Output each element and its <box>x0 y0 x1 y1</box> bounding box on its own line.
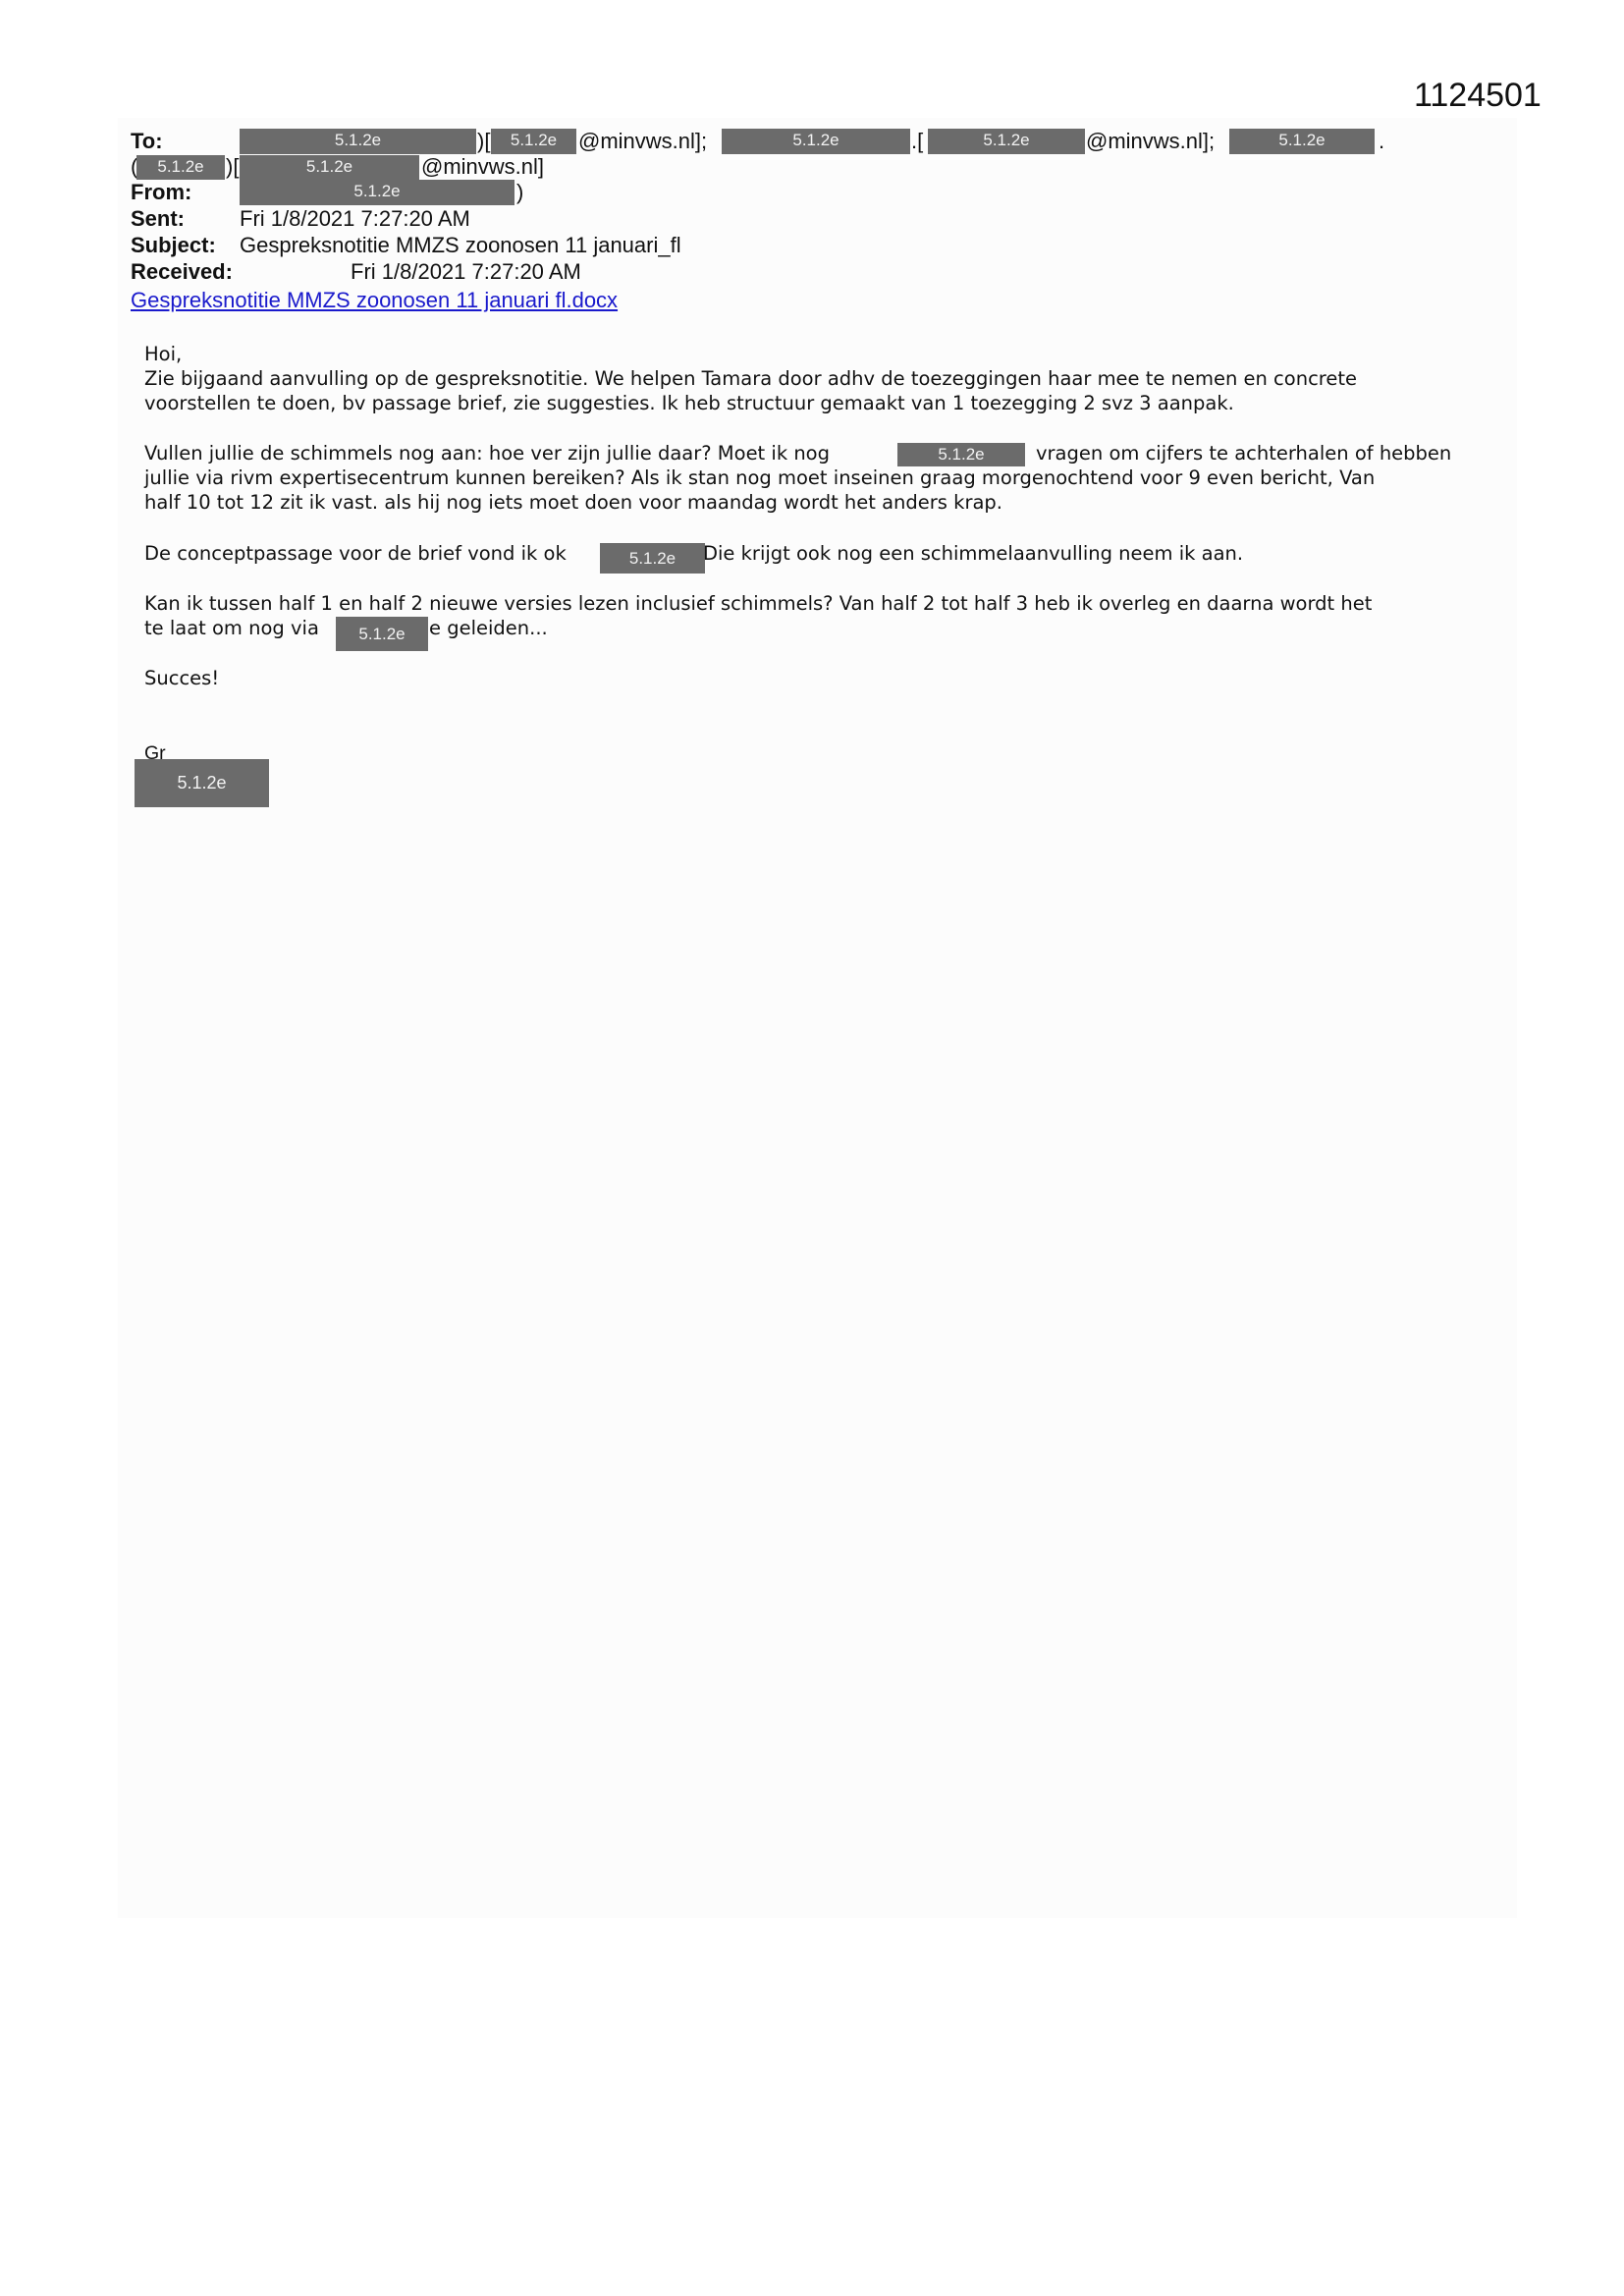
redaction: 5.1.2e <box>1229 129 1375 154</box>
to-end: . <box>1379 129 1384 154</box>
redaction: 5.1.2e <box>240 129 476 154</box>
received-label: Received: <box>131 259 233 285</box>
paragraph-2-line-1a: Vullen jullie de schimmels nog aan: hoe … <box>144 441 830 466</box>
redaction: 5.1.2e <box>240 155 419 180</box>
sent-label: Sent: <box>131 206 185 232</box>
greeting: Hoi, <box>144 342 182 367</box>
from-label: From: <box>131 180 191 205</box>
paragraph-2-line-3: half 10 tot 12 zit ik vast. als hij nog … <box>144 490 1002 516</box>
paragraph-2-line-2: jullie via rivm expertisecentrum kunnen … <box>144 465 1375 491</box>
redaction: 5.1.2e <box>491 129 576 154</box>
subject-label: Subject: <box>131 233 216 258</box>
to-label: To: <box>131 129 163 154</box>
paragraph-1-line-1: Zie bijgaand aanvulling op de gespreksno… <box>144 366 1357 392</box>
redaction: 5.1.2e <box>600 543 705 574</box>
to-domain: @minvws.nl]; <box>1086 129 1215 154</box>
to-line2-domain: @minvws.nl] <box>421 154 544 180</box>
from-end: ) <box>516 180 523 205</box>
paragraph-3a: De conceptpassage voor de brief vond ik … <box>144 541 567 567</box>
redaction: 5.1.2e <box>722 129 910 154</box>
paragraph-4-line-2b: e geleiden... <box>429 616 548 641</box>
to-separator: )[ <box>477 129 490 154</box>
paragraph-3b: Die krijgt ook nog een schimmelaanvullin… <box>703 541 1243 567</box>
to-domain: @minvws.nl]; <box>578 129 707 154</box>
to-separator: .[ <box>911 129 923 154</box>
signature-redaction: 5.1.2e <box>135 759 269 807</box>
redaction: 5.1.2e <box>136 155 225 180</box>
subject-value: Gespreksnotitie MMZS zoonosen 11 januari… <box>240 233 681 258</box>
redaction: 5.1.2e <box>928 129 1085 154</box>
sent-value: Fri 1/8/2021 7:27:20 AM <box>240 206 470 232</box>
paragraph-2-line-1b: vragen om cijfers te achterhalen of hebb… <box>1036 441 1451 466</box>
received-value: Fri 1/8/2021 7:27:20 AM <box>351 259 581 285</box>
attachment-link[interactable]: Gespreksnotitie MMZS zoonosen 11 januari… <box>131 288 618 313</box>
redaction: 5.1.2e <box>240 180 514 205</box>
redaction: 5.1.2e <box>336 617 428 651</box>
to-line2-separator: )[ <box>226 154 239 180</box>
paragraph-4-line-2a: te laat om nog via <box>144 616 319 641</box>
document-number: 1124501 <box>1414 77 1542 115</box>
paragraph-1-line-2: voorstellen te doen, bv passage brief, z… <box>144 391 1234 416</box>
paragraph-4-line-1: Kan ik tussen half 1 en half 2 nieuwe ve… <box>144 591 1372 617</box>
closing: Succes! <box>144 666 219 691</box>
redaction: 5.1.2e <box>897 443 1025 466</box>
